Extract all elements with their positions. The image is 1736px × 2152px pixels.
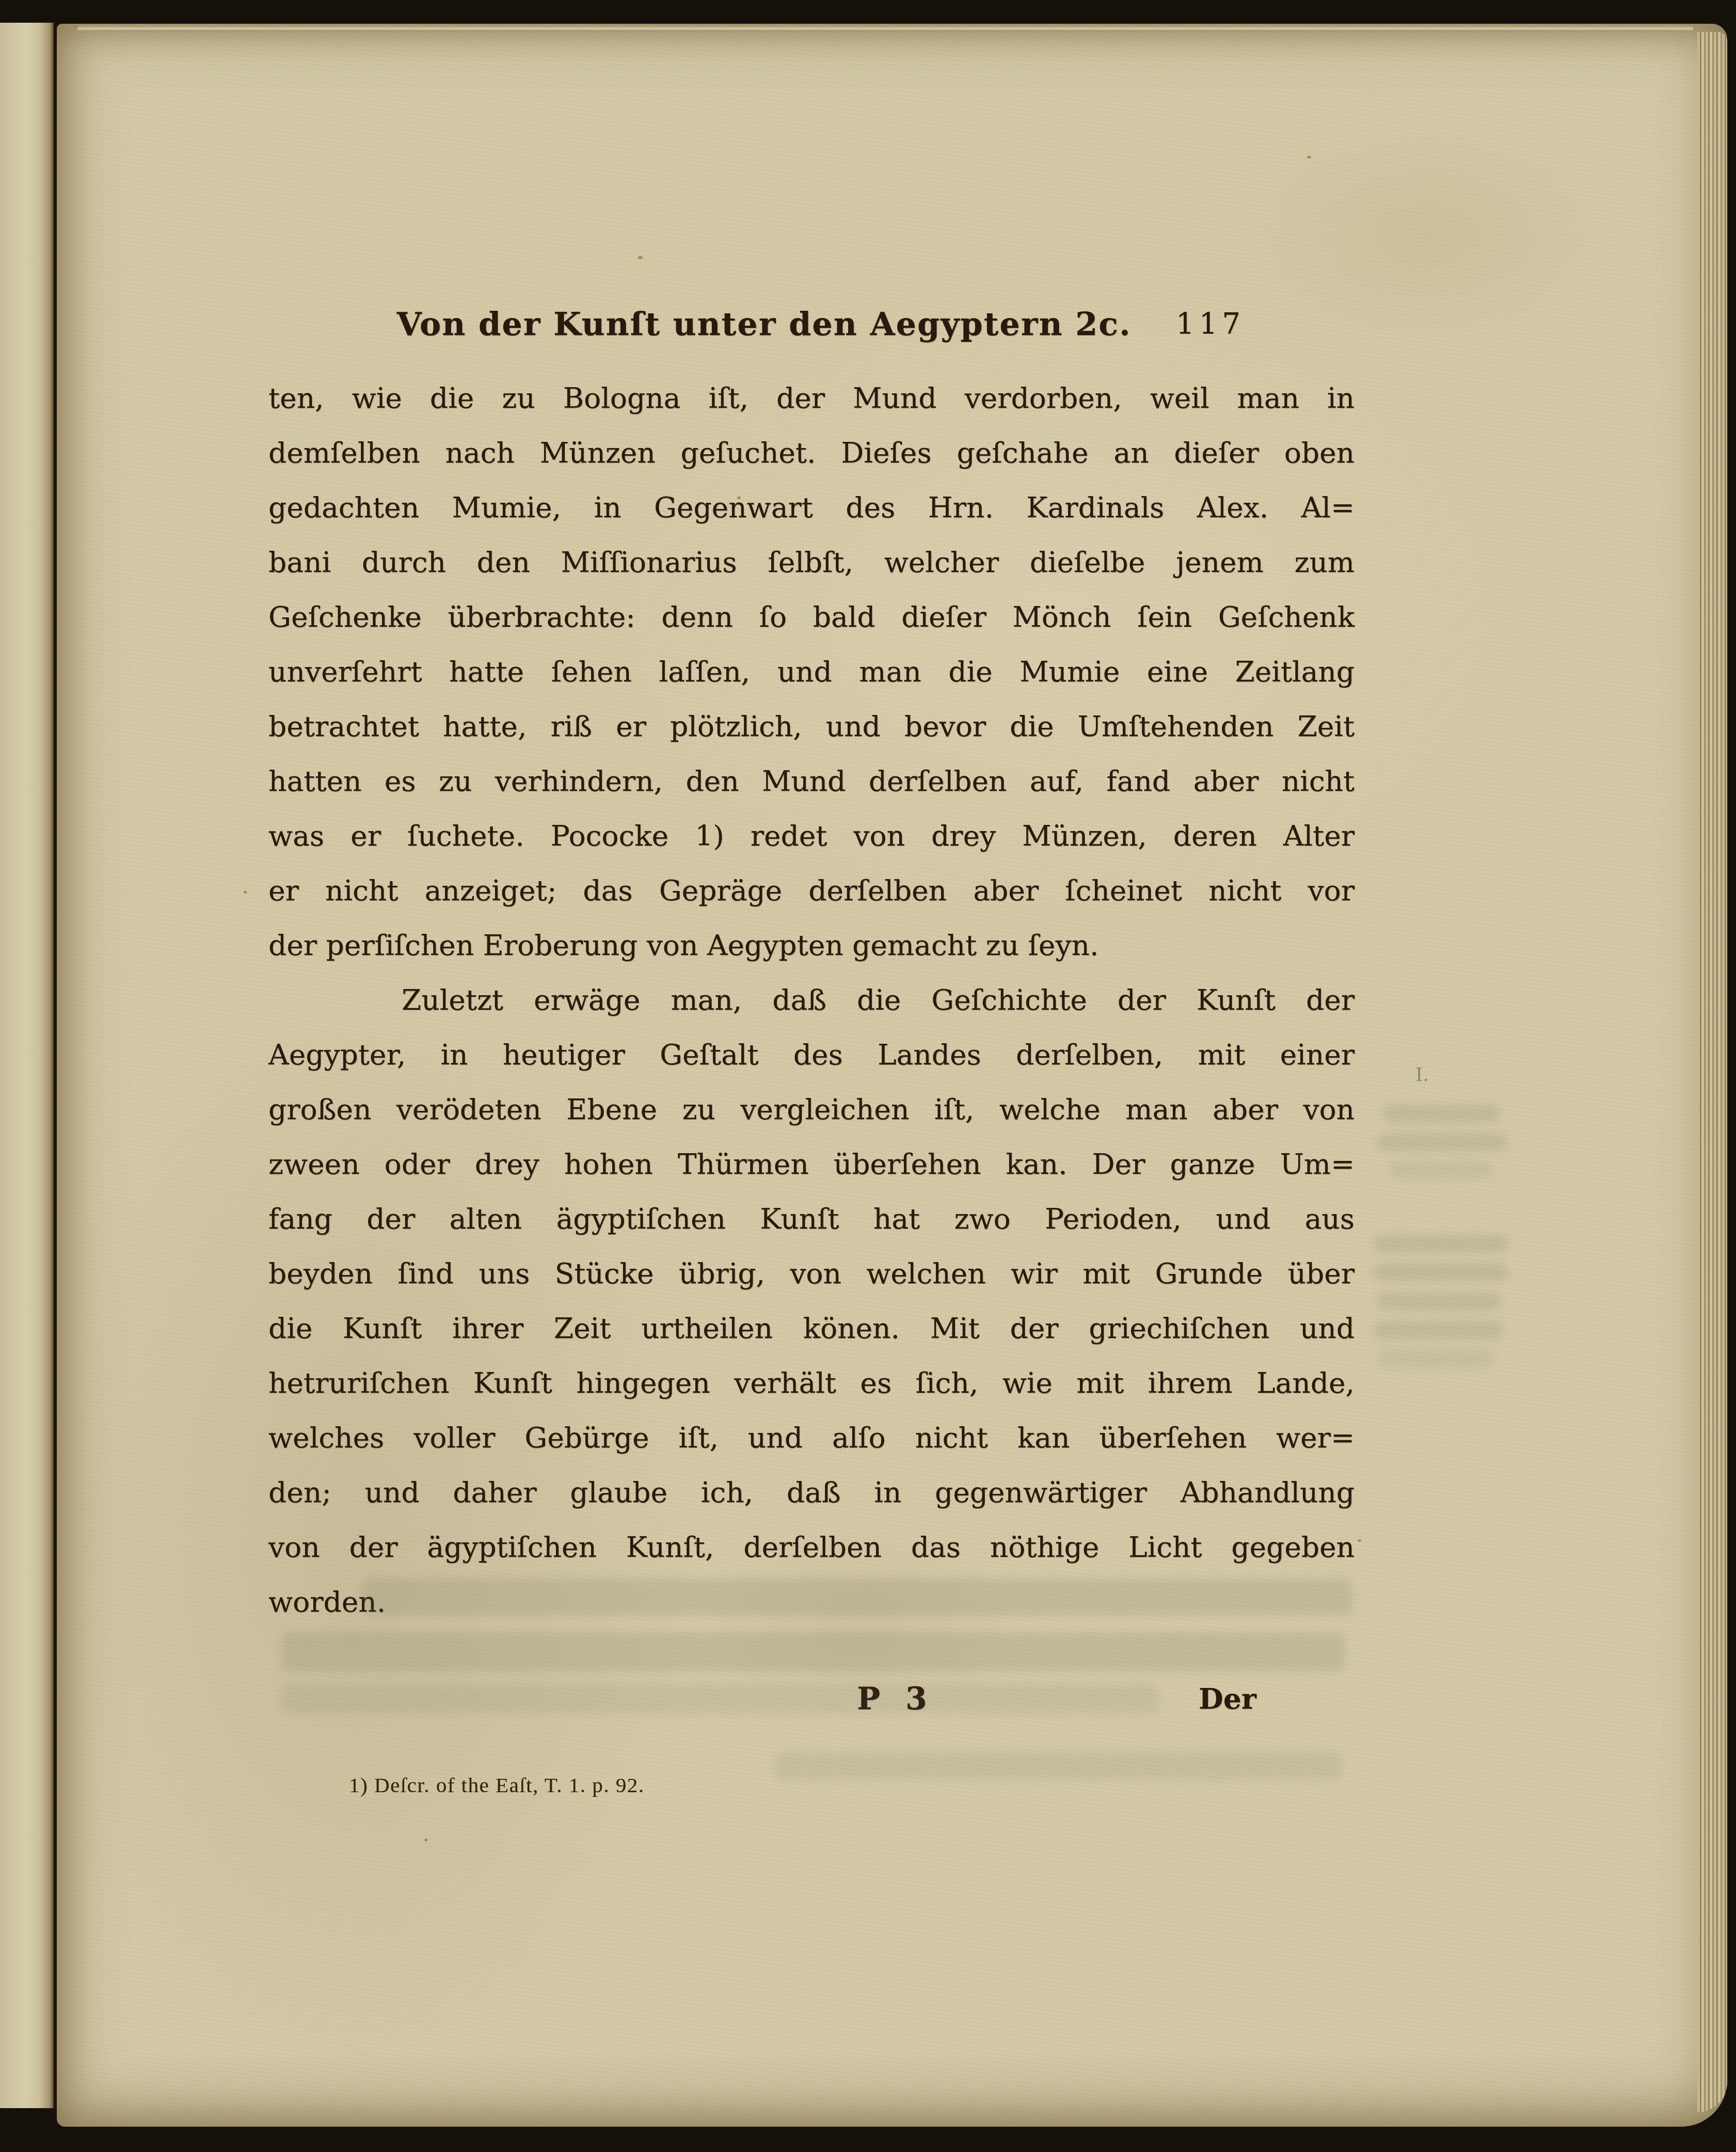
ghost-body-line [361, 1579, 1352, 1616]
text-line: ten, wie die zu Bologna iſt, der Mund ve… [268, 371, 1355, 425]
ghost-margin-line [1390, 1162, 1493, 1178]
text-line: der perſiſchen Eroberung von Aegypten ge… [268, 918, 1355, 973]
text-line: Zuletzt erwäge man, daß die Geſchichte d… [268, 973, 1355, 1027]
catchword: Der [1199, 1670, 1256, 1727]
ghost-body-line [281, 1632, 1345, 1671]
text-line: betrachtet hatte, riß er plötzlich, und … [268, 699, 1355, 754]
paper-speck [737, 497, 741, 499]
text-line: hetruriſchen Kunſt hingegen verhält es ſ… [268, 1356, 1355, 1410]
text-line: unverſehrt hatte ſehen laſſen, und man d… [268, 644, 1355, 699]
paper-speck [1307, 156, 1311, 158]
margin-note-label: I. [1415, 1064, 1429, 1086]
ghost-margin-line [1373, 1321, 1503, 1339]
text-line: Aegypter, in heutiger Geſtalt des Landes… [268, 1027, 1355, 1082]
ghost-margin-line [1373, 1264, 1508, 1281]
ghost-margin-line [1377, 1293, 1501, 1310]
page-number: 117 [1176, 300, 1245, 348]
ghost-margin-line [1383, 1105, 1500, 1122]
paper-speck [424, 1839, 427, 1841]
page-top-edge [77, 26, 1693, 34]
text-line: großen verödeten Ebene zu vergleichen iſ… [268, 1082, 1355, 1137]
footnote: 1) Deſcr. of the Eaſt, T. 1. p. 92. [349, 1770, 644, 1800]
body-text: ten, wie die zu Bologna iſt, der Mund ve… [268, 371, 1355, 1629]
stacked-page-edges [1697, 32, 1727, 2112]
text-line: bani durch den Miſſionarius ſelbſt, welc… [268, 535, 1355, 589]
running-header-title: Von der Kunſt unter den Aegyptern 2c. [268, 300, 1260, 348]
text-line: welches voller Gebürge iſt, und alſo nic… [268, 1410, 1355, 1465]
text-line: was er ſuchete. Pococke 1) redet von dre… [268, 808, 1355, 863]
text-line: er nicht anzeiget; das Gepräge derſelben… [268, 863, 1355, 918]
ghost-margin-line [1379, 1350, 1493, 1367]
text-line: gedachten Mumie, in Gegenwart des Hrn. K… [268, 480, 1355, 535]
ghost-margin-line [1377, 1134, 1507, 1151]
facing-page-edge [0, 23, 54, 2108]
text-line: demſelben nach Münzen geſuchet. Dieſes g… [268, 425, 1355, 480]
paper-speck [244, 891, 247, 894]
text-line: beyden ſind uns Stücke übrig, von welche… [268, 1246, 1355, 1301]
text-line: zween oder drey hohen Thürmen überſehen … [268, 1137, 1355, 1191]
text-line: Geſchenke überbrachte: denn ſo bald dieſ… [268, 589, 1355, 644]
ghost-margin-line [1373, 1235, 1508, 1252]
book-scan: Von der Kunſt unter den Aegyptern 2c. 11… [0, 0, 1736, 2152]
running-header-row: Von der Kunſt unter den Aegyptern 2c. 11… [268, 300, 1352, 348]
text-line: den; und daher glaube ich, daß in gegenw… [268, 1465, 1355, 1520]
ghost-body-line [281, 1684, 1159, 1714]
gutter-shadow [53, 24, 57, 2112]
text-line: hatten es zu verhindern, den Mund derſel… [268, 754, 1355, 808]
text-line: von der ägyptiſchen Kunſt, derſelben das… [268, 1520, 1355, 1574]
text-line: fang der alten ägyptiſchen Kunſt hat zwo… [268, 1191, 1355, 1246]
paper-speck [638, 256, 643, 259]
paper-speck [1358, 1539, 1361, 1542]
ghost-footnote-line [774, 1753, 1342, 1780]
text-line: die Kunſt ihrer Zeit urtheilen könen. Mi… [268, 1301, 1355, 1356]
